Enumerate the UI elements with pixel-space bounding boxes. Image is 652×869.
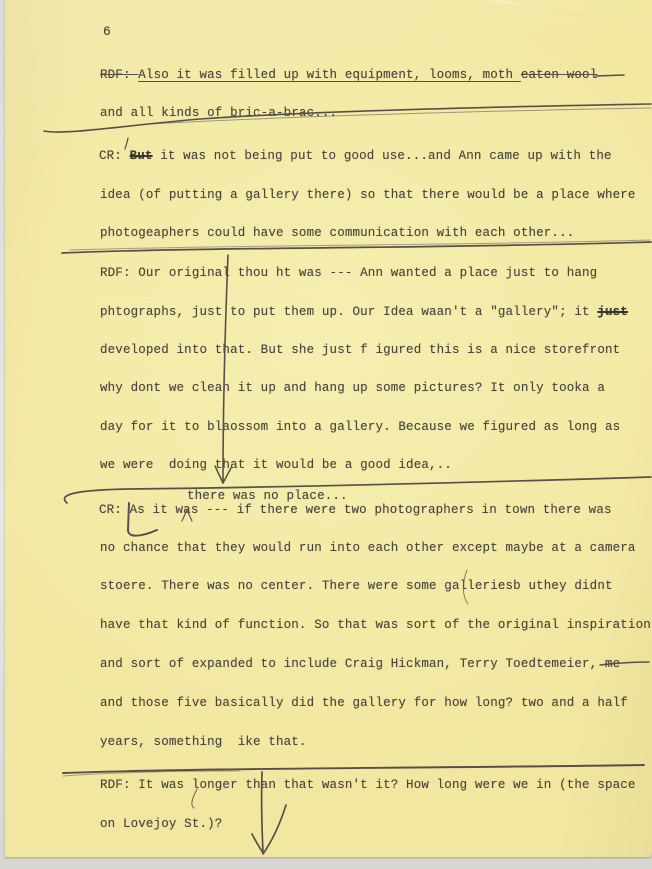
line-no-chance: no chance that they would run into each …: [100, 541, 636, 555]
text-segment: idea (of putting a gallery there) so tha…: [100, 188, 636, 202]
text-segment: why dont we clean it up and hang up some…: [100, 381, 605, 395]
line-rdf-equipment: RDF: Also it was filled up with equipmen…: [100, 68, 597, 82]
line-developed: developed into that. But she just f igur…: [100, 343, 620, 357]
text-segment: phtographs, just to put them up. Our Ide…: [100, 305, 597, 319]
line-years: years, something ike that.: [100, 735, 307, 749]
pen-divider-line-3: [63, 765, 644, 773]
pen-bottom-arrow-head: [252, 805, 286, 854]
text-segment: and all kinds of bric-a-brac...: [100, 106, 337, 120]
text-segment: and those five basically did the gallery…: [100, 696, 628, 710]
pen-annotations: [0, 0, 652, 869]
line-inspiration: have that kind of function. So that was …: [100, 618, 651, 632]
screenshot-root: { "page": { "number": "6" }, "colors": {…: [0, 0, 652, 869]
line-hickman-toedtemeier: and sort of expanded to include Craig Hi…: [100, 657, 620, 671]
pen-divider-line-3b: [63, 771, 240, 776]
text-segment: there was no place...: [187, 489, 348, 503]
text-segment: CR:: [99, 149, 130, 163]
text-segment: it was not being put to good use...and A…: [153, 149, 612, 163]
text-segment: RDF: Our original thou ht was --- Ann wa…: [100, 266, 597, 280]
inserted-line-no-place: there was no place...: [187, 489, 348, 503]
pen-divider-line-1b: [70, 240, 650, 250]
paper-crease: [65, 297, 365, 304]
text-segment: RDF:: [100, 68, 138, 82]
document-page: 6 RDF: Also it was filled up with equipm…: [5, 0, 652, 857]
line-good-idea: we were doing that it would be a good id…: [100, 458, 452, 472]
text-segment: no chance that they would run into each …: [100, 541, 636, 555]
line-no-center: stoere. There was no center. There were …: [100, 579, 613, 593]
pen-divider-line-2: [64, 477, 651, 503]
text-segment: RDF: It was longer than that wasn't it? …: [100, 778, 636, 792]
text-segment: we were doing that it would be a good id…: [100, 458, 452, 472]
text-segment: photogeaphers could have some communicat…: [100, 226, 574, 240]
text-segment: developed into that. But she just f igur…: [100, 343, 620, 357]
line-cr-good-use: CR: But it was not being put to good use…: [99, 149, 612, 163]
text-segment: years, something ike that.: [100, 735, 307, 749]
text-segment: and sort of expanded to include Craig Hi…: [100, 657, 620, 671]
text-segment: eaten wool: [521, 68, 598, 82]
line-rdf-original-thought: RDF: Our original thou ht was --- Ann wa…: [100, 266, 597, 280]
text-segment: stoere. There was no center. There were …: [100, 579, 613, 593]
paper-crease: [426, 0, 643, 28]
line-how-long: and those five basically did the gallery…: [100, 696, 628, 710]
line-idea-gallery: idea (of putting a gallery there) so tha…: [100, 188, 636, 202]
line-communication: photogeaphers could have some communicat…: [100, 226, 574, 240]
line-bric-a-brac: and all kinds of bric-a-brac...: [100, 106, 337, 120]
text-segment: Also it was filled up with equipment, lo…: [138, 68, 521, 82]
line-cr-as-it-was: CR: As it was --- if there were two phot…: [99, 503, 612, 517]
text-segment: CR: As it was --- if there were two phot…: [99, 503, 612, 517]
line-clean-it-up: why dont we clean it up and hang up some…: [100, 381, 605, 395]
line-photographs-up: phtographs, just to put them up. Our Ide…: [100, 305, 628, 319]
text-segment: on Lovejoy St.)?: [100, 817, 222, 831]
line-rdf-longer: RDF: It was longer than that wasn't it? …: [100, 778, 636, 792]
pen-tick-mark: [125, 138, 128, 149]
page-number: 6: [103, 24, 111, 39]
text-segment: day for it to blaossom into a gallery. B…: [100, 420, 620, 434]
line-blossom: day for it to blaossom into a gallery. B…: [100, 420, 620, 434]
pen-dash-after-wool: [596, 75, 624, 76]
line-lovejoy: on Lovejoy St.)?: [100, 817, 222, 831]
pen-vertical-arrow-stem: [223, 255, 228, 483]
pen-divider-line-1: [62, 242, 651, 253]
text-segment: just: [597, 305, 628, 319]
text-segment: have that kind of function. So that was …: [100, 618, 651, 632]
text-segment: But: [130, 149, 153, 163]
